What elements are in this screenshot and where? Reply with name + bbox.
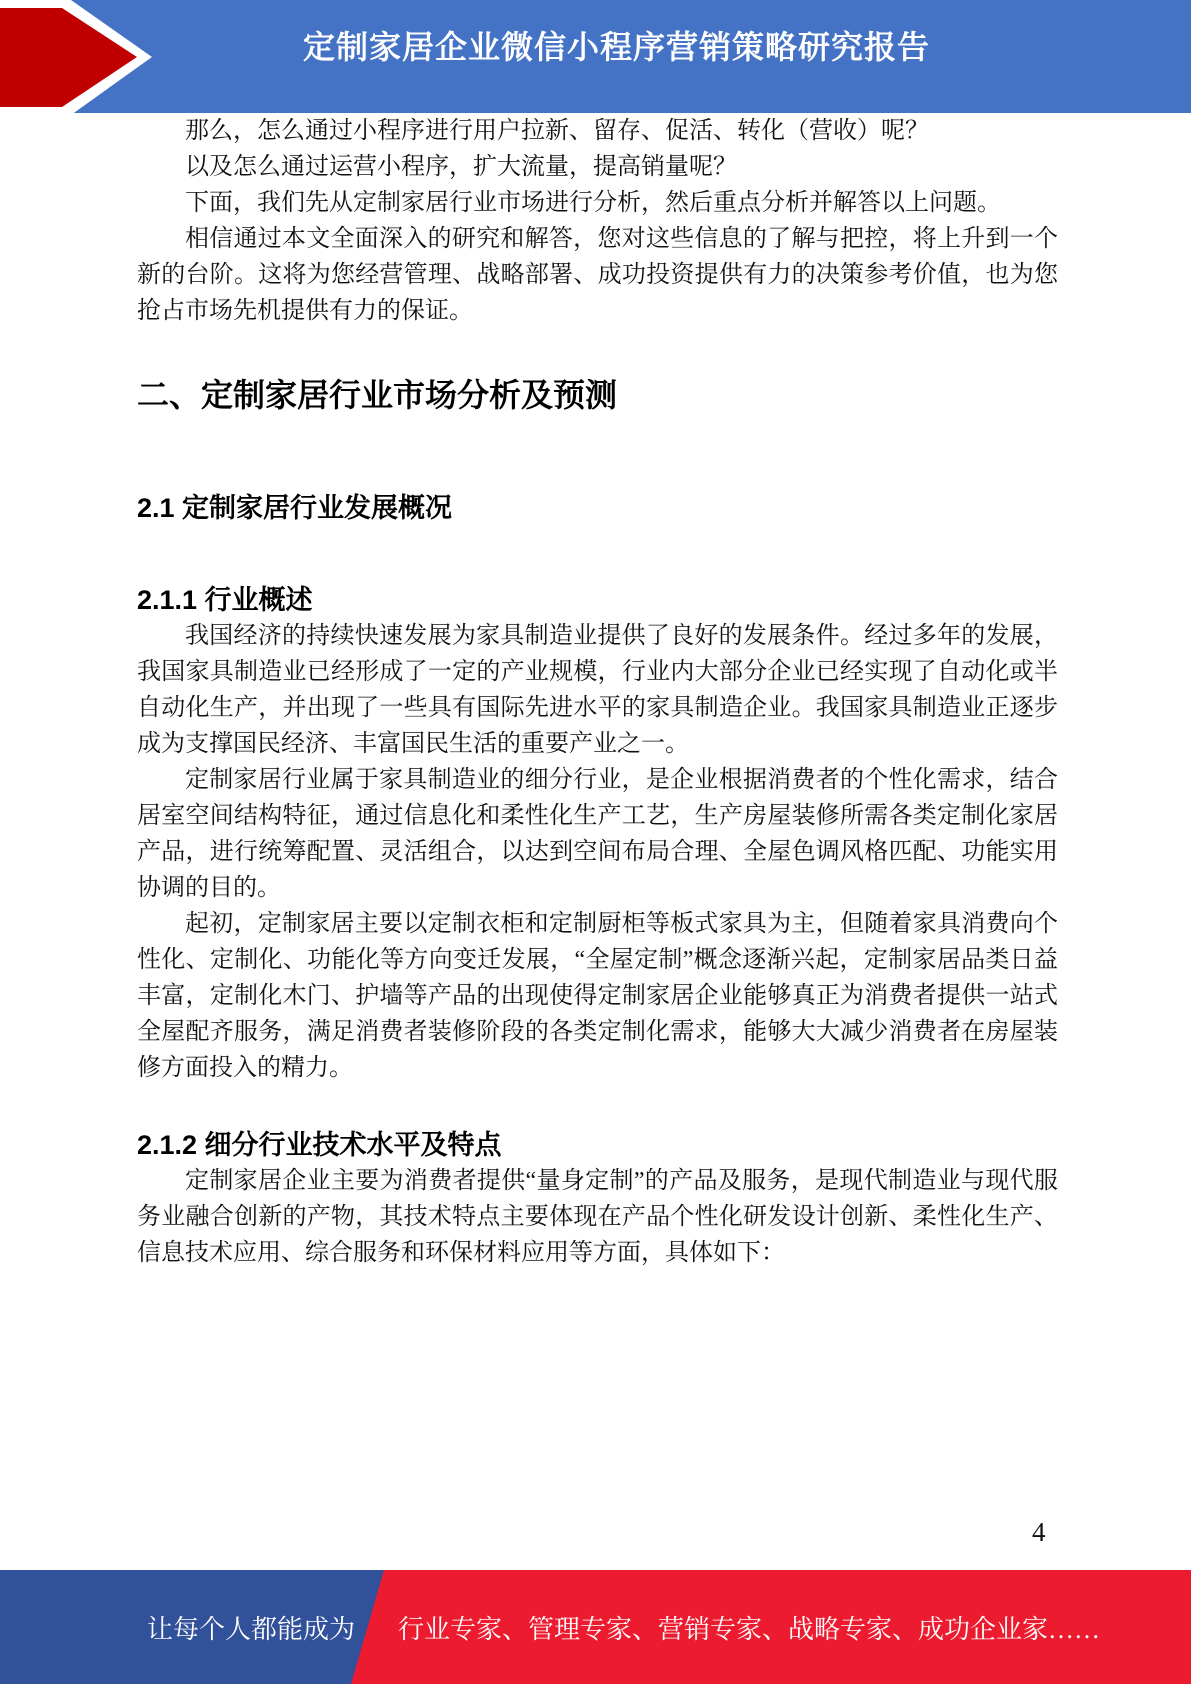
- subsection-heading-2-1-2: 2.1.2 细分行业技术水平及特点: [137, 1127, 1058, 1163]
- intro-question-1: 那么，怎么通过小程序进行用户拉新、留存、促活、转化（营收）呢？: [137, 113, 1058, 149]
- transition-paragraph: 下面，我们先从定制家居行业市场进行分析，然后重点分析并解答以上问题。: [137, 185, 1058, 221]
- footer-slogan-right: 行业专家、管理专家、营销专家、战略专家、成功企业家……: [398, 1570, 1100, 1684]
- industry-overview-paragraph-1: 我国经济的持续快速发展为家具制造业提供了良好的发展条件。经过多年的发展，我国家具…: [137, 618, 1058, 762]
- industry-overview-paragraph-3: 起初，定制家居主要以定制衣柜和定制厨柜等板式家具为主，但随着家具消费向个性化、定…: [137, 906, 1058, 1086]
- technology-characteristics-paragraph: 定制家居企业主要为消费者提供“量身定制”的产品及服务，是现代制造业与现代服务业融…: [137, 1163, 1058, 1271]
- subsection-heading-2-1: 2.1 定制家居行业发展概况: [137, 490, 1058, 526]
- document-body: 那么，怎么通过小程序进行用户拉新、留存、促活、转化（营收）呢？ 以及怎么通过运营…: [137, 113, 1058, 1271]
- page-footer-banner: 让每个人都能成为 行业专家、管理专家、营销专家、战略专家、成功企业家……: [0, 1570, 1191, 1684]
- report-page: 定制家居企业微信小程序营销策略研究报告 那么，怎么通过小程序进行用户拉新、留存、…: [0, 0, 1191, 1684]
- page-header-banner: 定制家居企业微信小程序营销策略研究报告: [0, 0, 1191, 113]
- value-statement-paragraph: 相信通过本文全面深入的研究和解答，您对这些信息的了解与把控，将上升到一个新的台阶…: [137, 221, 1058, 329]
- section-heading-2: 二、定制家居行业市场分析及预测: [137, 373, 1058, 417]
- intro-question-2: 以及怎么通过运营小程序，扩大流量，提高销量呢？: [137, 149, 1058, 185]
- footer-slogan-left: 让每个人都能成为: [147, 1570, 355, 1684]
- subsection-heading-2-1-1: 2.1.1 行业概述: [137, 582, 1058, 618]
- page-number: 4: [1032, 1517, 1046, 1547]
- industry-overview-paragraph-2: 定制家居行业属于家具制造业的细分行业，是企业根据消费者的个性化需求，结合居室空间…: [137, 762, 1058, 906]
- report-title: 定制家居企业微信小程序营销策略研究报告: [0, 29, 1191, 65]
